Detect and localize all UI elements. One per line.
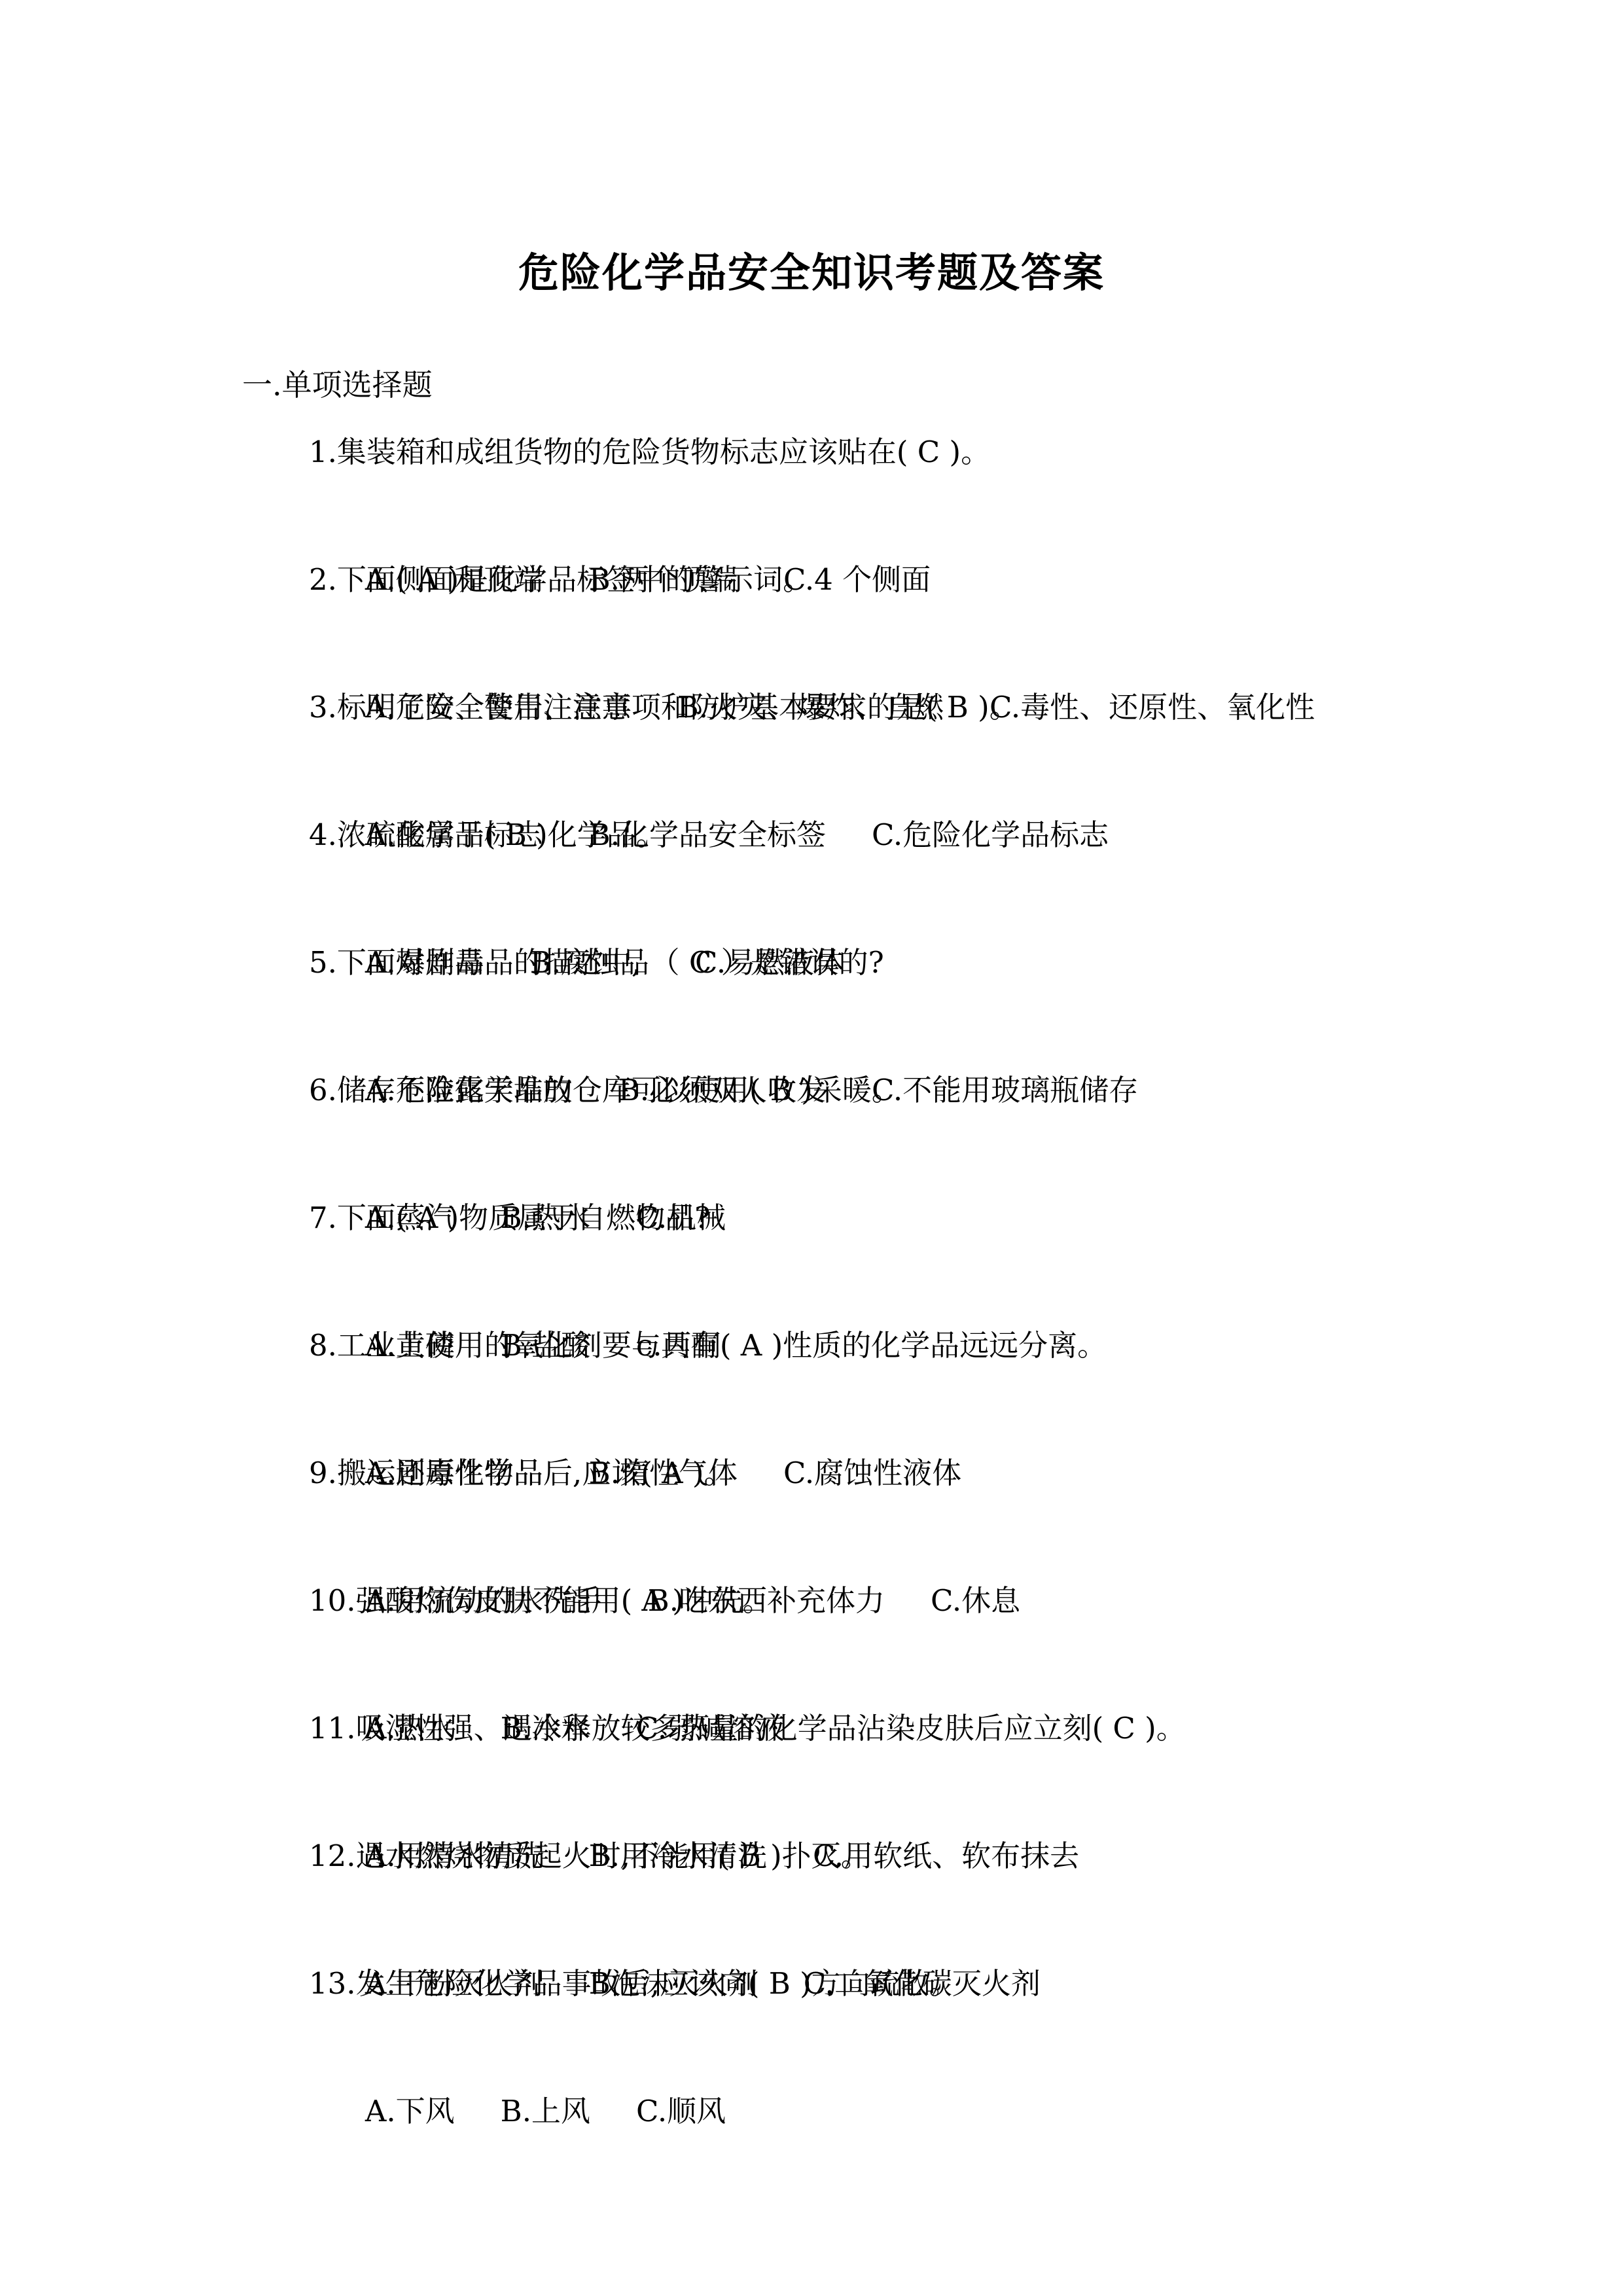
options-row: A.还原性物品B.惰性气体C.腐蚀性液体 — [309, 1378, 1487, 1442]
option-c: C.腐蚀性液体 — [783, 1441, 961, 1505]
option-c: C.危险化学品标志 — [872, 803, 1109, 867]
option-a: A.下风 — [365, 2079, 455, 2144]
option-b: B.上风 — [501, 2079, 590, 2144]
question-list: 1.集装箱和成组货物的危险货物标志应该贴在( C )。 A.侧面和顶端B.两个顶… — [309, 420, 1487, 2079]
question-text: 11.吸湿性强、遇水释放较多热量的化学品沾染皮肤后应立刻( C )。 — [309, 1696, 1487, 1761]
document-page: 危险化学品安全知识考题及答案 一.单项选择题 1.集装箱和成组货物的危险货物标志… — [0, 0, 1623, 2296]
section-heading: 一.单项选择题 — [242, 359, 433, 411]
question-text: 5.下面对剧毒品的描述中, （ C ）是错误的? — [309, 931, 1487, 995]
options-row: A.干粉灭火剂B泡沫灭火剂C.二氧化碳灭火剂 — [309, 1888, 1487, 1952]
option-c: C.顺风 — [636, 2079, 726, 2144]
options-row: A.用流动的水洗手B.吃东西补充体力C.休息 — [309, 1505, 1487, 1570]
option-c: C.毒性、还原性、氧化性 — [990, 675, 1315, 740]
options-row: A.侧面和顶端B.两个顶端C.4 个侧面 — [309, 484, 1487, 548]
document-title: 危险化学品安全知识考题及答案 — [0, 243, 1623, 302]
question-text: 7.下面( A )物质属于自燃物品? — [309, 1186, 1487, 1250]
options-row: A.黄磷B.盐酸c.丙酮 — [309, 1250, 1487, 1314]
options-row: A.下风B.上风C.顺风 — [309, 2016, 1487, 2080]
options-row: A.热水B.冷水C.弱碱溶液 — [309, 1633, 1487, 1697]
options-row: A.化学品标志B.化学品安全标签C.危险化学品标志 — [309, 740, 1487, 804]
question-text: 13.发生危险化学品事故后,应该向( B )方向疏散。 — [309, 1952, 1487, 2016]
option-c: C.休息 — [931, 1569, 1020, 1633]
options-row: A.爆炸品B.腐蚀品C.易燃液体 — [309, 867, 1487, 931]
question-text: 1.集装箱和成组货物的危险货物标志应该贴在( C )。 — [309, 420, 1487, 484]
question-text: 8.工业上使用的氧化剂要与具有( A )性质的化学品远远分离。 — [309, 1314, 1487, 1378]
options-row: A.危险、警告、注意B.火灾、爆炸、自燃C.毒性、还原性、氧化性 — [309, 612, 1487, 676]
options-row: A.用清水清洗B.用冷水清洗C.用软纸、软布抹去 — [309, 1761, 1487, 1825]
option-c: C.不能用玻璃瓶储存 — [872, 1058, 1138, 1122]
question-text: 6.储存危险化学品的仓库可以使用( B )采暖。 — [309, 1058, 1487, 1122]
options-row: A.不准露天堆放B.必须双人收发C.不能用玻璃瓶储存 — [309, 995, 1487, 1059]
options-row: A.蒸汽B.热水C.机械 — [309, 1122, 1487, 1187]
